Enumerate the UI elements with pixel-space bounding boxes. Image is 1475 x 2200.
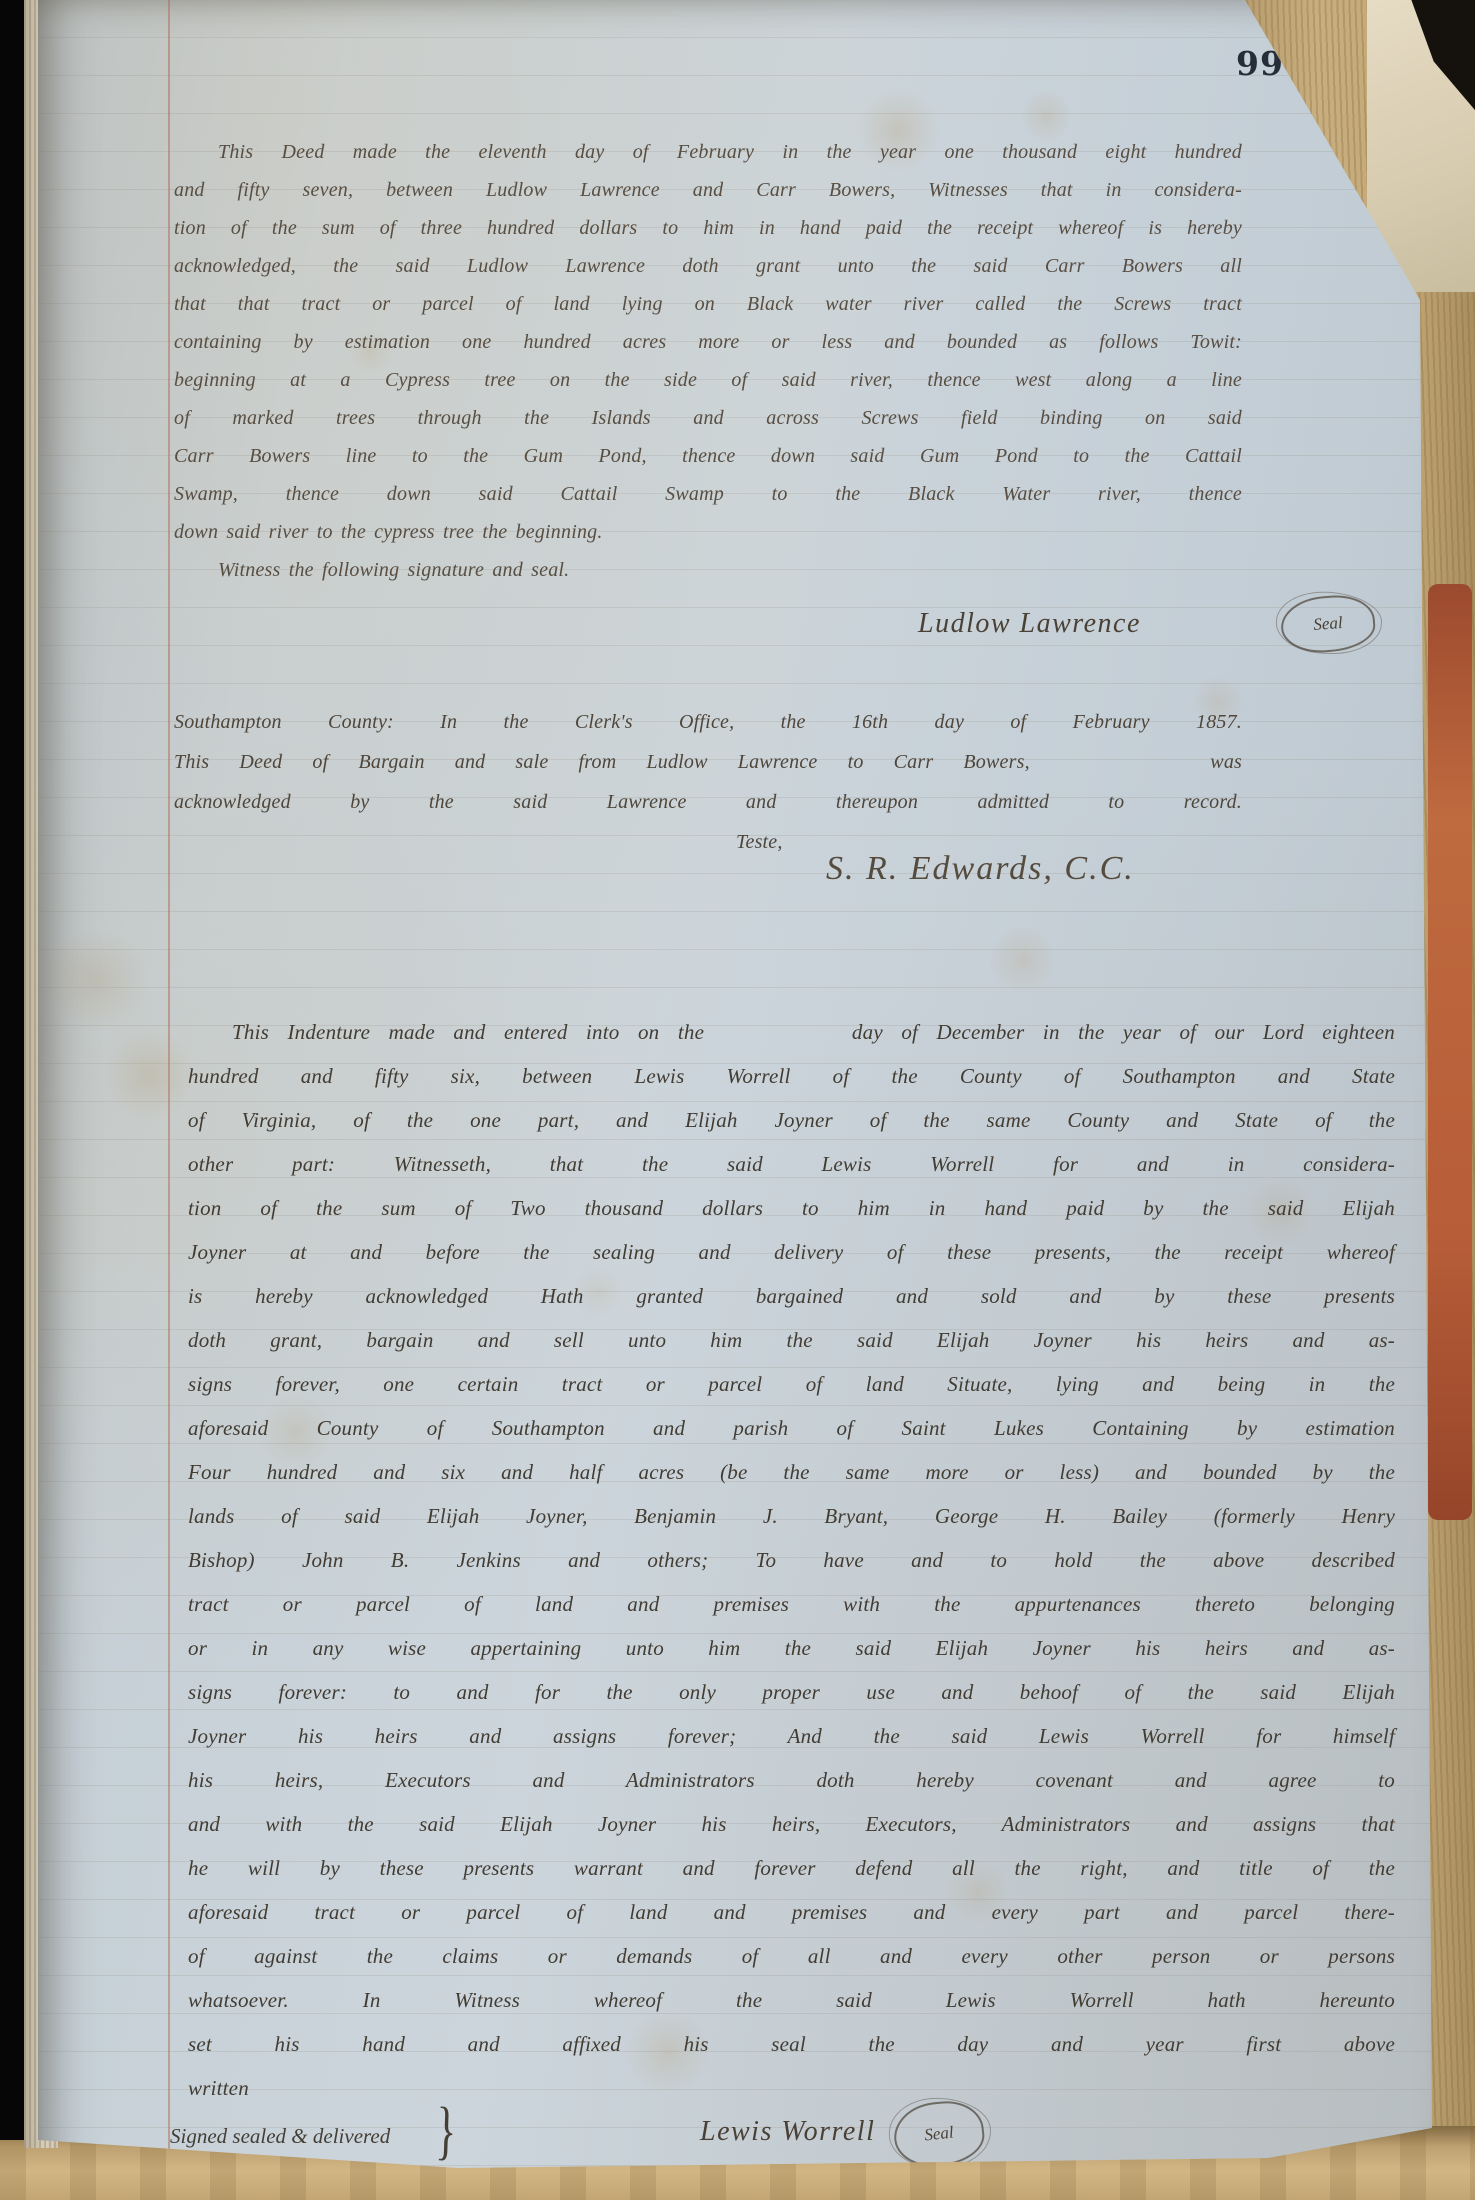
indenture-line: This Indenture made and entered into on … — [188, 1010, 1395, 1054]
signature-clerk-edwards: S. R. Edwards, C.C. — [826, 850, 1135, 888]
indenture-line: of against the claims or demands of all … — [188, 1934, 1395, 1978]
indenture-line: Joyner at and before the sealing and del… — [188, 1230, 1395, 1274]
indenture-line: written — [188, 2066, 1395, 2110]
deed-line: Swamp, thence down said Cattail Swamp to… — [174, 475, 1242, 513]
deed-book-photograph: 99 This Deed made the eleventh day of Fe… — [0, 0, 1475, 2200]
indenture-line: aforesaid County of Southampton and pari… — [188, 1406, 1395, 1450]
deed-line: and fifty seven, between Ludlow Lawrence… — [174, 171, 1242, 209]
deed-line: tion of the sum of three hundred dollars… — [174, 209, 1242, 247]
seal-scribble: Seal — [891, 2097, 987, 2170]
indenture-line: aforesaid tract or parcel of land and pr… — [188, 1890, 1395, 1934]
certificate-line: This Deed of Bargain and sale from Ludlo… — [174, 742, 1242, 782]
indenture-line: Four hundred and six and half acres (be … — [188, 1450, 1395, 1494]
signature-ludlow-lawrence: Ludlow Lawrence — [918, 608, 1141, 640]
indenture-line: signs forever: to and for the only prope… — [188, 1670, 1395, 1714]
deed-line: down said river to the cypress tree the … — [174, 513, 1242, 551]
seal-label: Seal — [1313, 613, 1344, 635]
indenture-line: whatsoever. In Witness whereof the said … — [188, 1978, 1395, 2022]
deed-lawrence-to-bowers: This Deed made the eleventh day of Febru… — [174, 133, 1242, 589]
indenture-line: hundred and fifty six, between Lewis Wor… — [188, 1054, 1395, 1098]
indenture-line: signs forever, one certain tract or parc… — [188, 1362, 1395, 1406]
indenture-line: of Virginia, of the one part, and Elijah… — [188, 1098, 1395, 1142]
indenture-line: or in any wise appertaining unto him the… — [188, 1626, 1395, 1670]
indenture-line: other part: Witnesseth, that the said Le… — [188, 1142, 1395, 1186]
deed-line: beginning at a Cypress tree on the side … — [174, 361, 1242, 399]
brace-flourish: } — [435, 2094, 458, 2170]
indenture-line: tract or parcel of land and premises wit… — [188, 1582, 1395, 1626]
indenture-line: Joyner his heirs and assigns forever; An… — [188, 1714, 1395, 1758]
clerk-certificate: Southampton County: In the Clerk's Offic… — [174, 702, 1242, 862]
seal-label: Seal — [923, 2123, 954, 2146]
certificate-line: acknowledged by the said Lawrence and th… — [174, 782, 1242, 822]
ledger-page: 99 This Deed made the eleventh day of Fe… — [38, 0, 1435, 2200]
indenture-line: set his hand and affixed his seal the da… — [188, 2022, 1395, 2066]
indenture-line: Bishop) John B. Jenkins and others; To h… — [188, 1538, 1395, 1582]
deed-line: This Deed made the eleventh day of Febru… — [174, 133, 1242, 171]
indenture-line: lands of said Elijah Joyner, Benjamin J.… — [188, 1494, 1395, 1538]
signature-lewis-worrell: Lewis Worrell — [700, 2116, 875, 2148]
indenture-line: is hereby acknowledged Hath granted barg… — [188, 1274, 1395, 1318]
book-cover-edge — [1428, 584, 1472, 1520]
deed-line: Carr Bowers line to the Gum Pond, thence… — [174, 437, 1242, 475]
deed-line: acknowledged, the said Ludlow Lawrence d… — [174, 247, 1242, 285]
indenture-line: he will by these presents warrant and fo… — [188, 1846, 1395, 1890]
indenture-line: doth grant, bargain and sell unto him th… — [188, 1318, 1395, 1362]
indenture-line: and with the said Elijah Joyner his heir… — [188, 1802, 1395, 1846]
deed-line: containing by estimation one hundred acr… — [174, 323, 1242, 361]
deed-line: that that tract or parcel of land lying … — [174, 285, 1242, 323]
deed-line: of marked trees through the Islands and … — [174, 399, 1242, 437]
certificate-line: Southampton County: In the Clerk's Offic… — [174, 702, 1242, 742]
witness-line: Witness the following signature and seal… — [174, 551, 1242, 589]
indenture-line: tion of the sum of Two thousand dollars … — [188, 1186, 1395, 1230]
signed-sealed-delivered-line: Signed sealed & delivered — [170, 2124, 390, 2149]
indenture-line: his heirs, Executors and Administrators … — [188, 1758, 1395, 1802]
seal-scribble: Seal — [1279, 593, 1377, 655]
indenture-worrell-to-joyner: This Indenture made and entered into on … — [188, 1010, 1395, 2110]
